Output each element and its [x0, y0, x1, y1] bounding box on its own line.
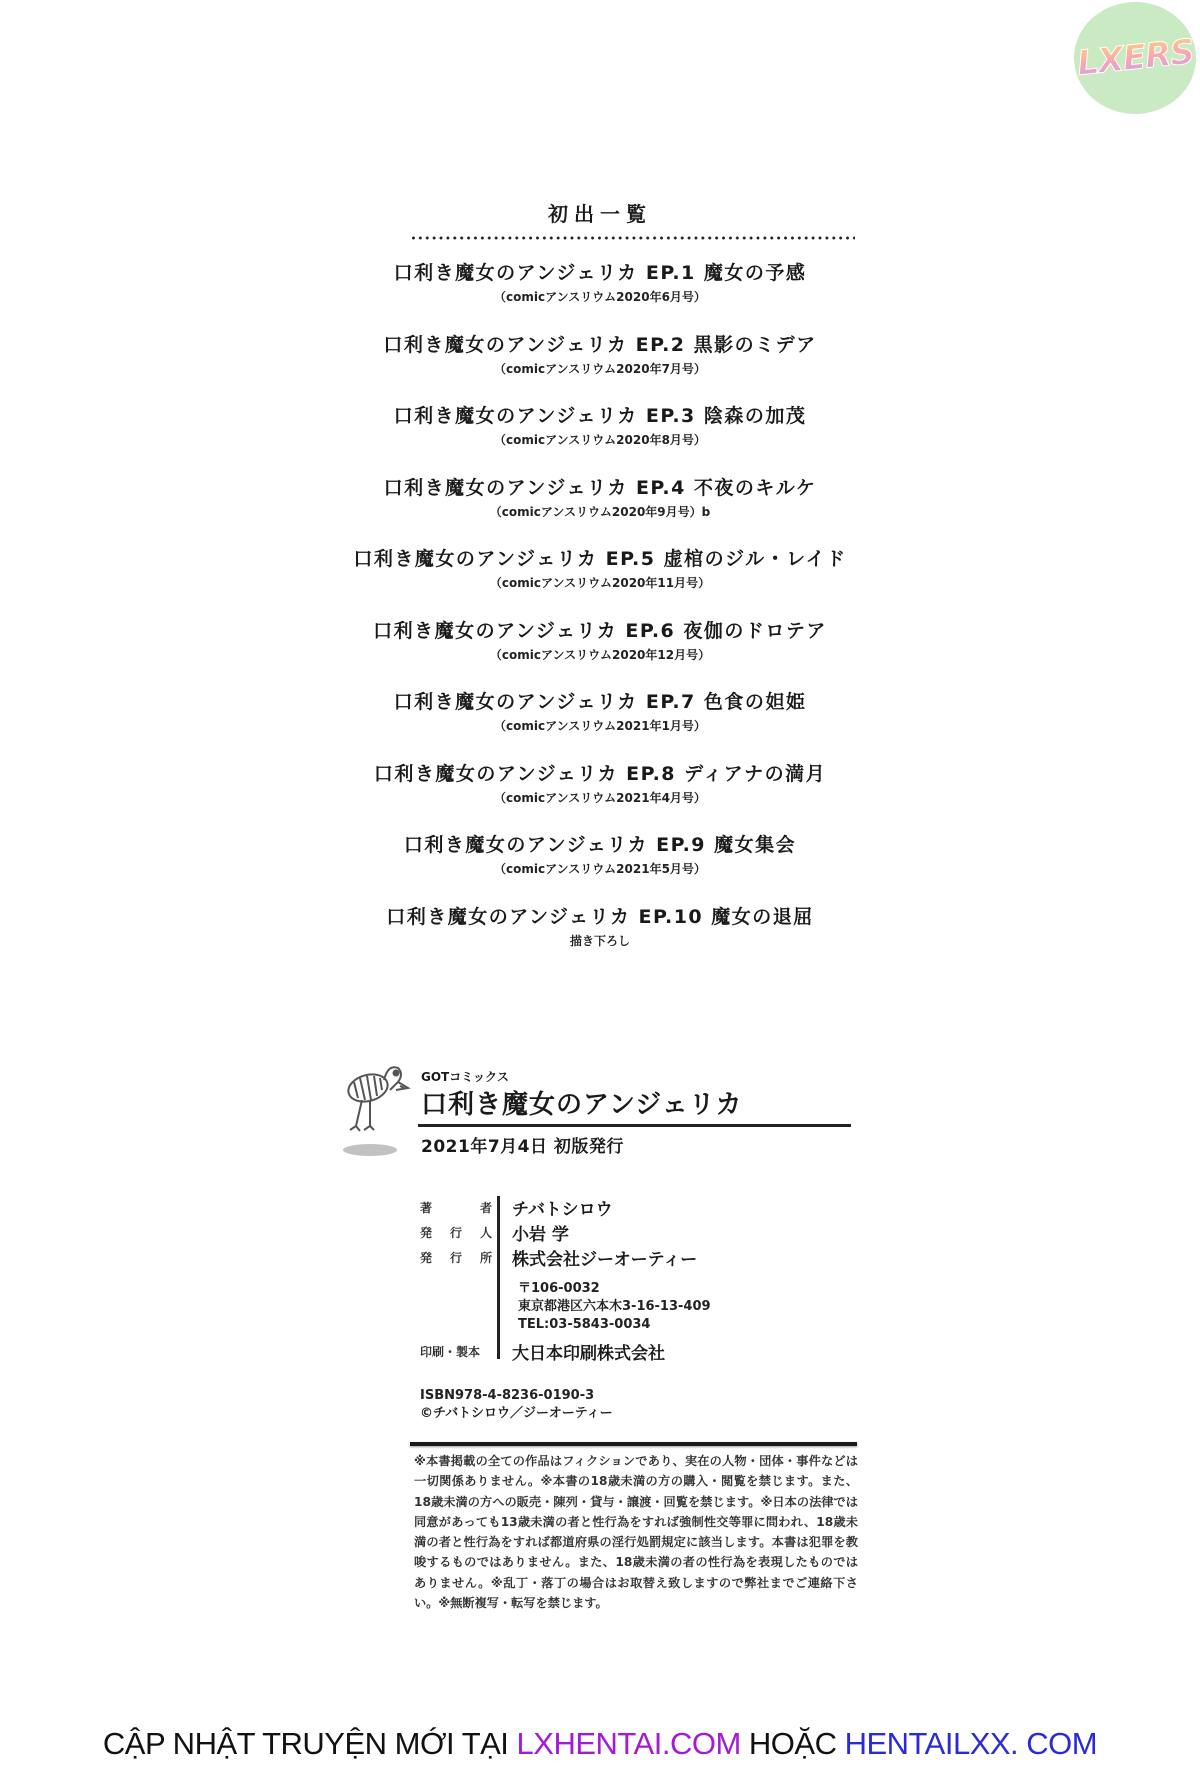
label-char: 著 — [420, 1199, 432, 1216]
episode-source: 描き下ろし — [0, 932, 1200, 950]
credit-author: 著 者 チバトシロウ — [420, 1193, 780, 1218]
toc-item: 口利き魔女のアンジェリカ EP.5 虚棺のジル・レイド （comicアンスリウム… — [0, 544, 1200, 616]
copyright: ©チバトシロウ／ジーオーティー — [420, 1405, 613, 1423]
promo-banner: CẬP NHẬT TRUYỆN MỚI TẠI LXHENTAI.COM HOẶ… — [0, 1726, 1200, 1762]
toc-item: 口利き魔女のアンジェリカ EP.7 色食の妲姫 （comicアンスリウム2021… — [0, 687, 1200, 759]
episode-source: （comicアンスリウム2021年5月号） — [0, 860, 1200, 878]
toc-item: 口利き魔女のアンジェリカ EP.6 夜伽のドロテア （comicアンスリウム20… — [0, 616, 1200, 688]
label-char: 人 — [480, 1224, 492, 1241]
credits: 著 者 チバトシロウ 発 行 人 小岩 学 発 行 所 株式会社ジーオーティー — [420, 1193, 780, 1268]
credit-label: 発 行 所 — [420, 1249, 492, 1266]
episode-source: （comicアンスリウム2020年8月号） — [0, 431, 1200, 449]
episode-source: （comicアンスリウム2020年9月号）b — [0, 503, 1200, 521]
episode-source: （comicアンスリウム2020年7月号） — [0, 360, 1200, 378]
credit-label: 発 行 人 — [420, 1224, 492, 1241]
toc-item: 口利き魔女のアンジェリカ EP.3 陰森の加茂 （comicアンスリウム2020… — [0, 401, 1200, 473]
toc-item: 口利き魔女のアンジェリカ EP.10 魔女の退屈 描き下ろし — [0, 902, 1200, 974]
credit-publisher-company: 発 行 所 株式会社ジーオーティー — [420, 1243, 780, 1268]
toc-list: 口利き魔女のアンジェリカ EP.1 魔女の予感 （comicアンスリウム2020… — [0, 258, 1200, 973]
label-char: 発 — [420, 1249, 432, 1266]
episode-source: （comicアンスリウム2021年4月号） — [0, 789, 1200, 807]
toc-item: 口利き魔女のアンジェリカ EP.8 ディアナの満月 （comicアンスリウム20… — [0, 759, 1200, 831]
lxers-logo: LXERS — [1074, 2, 1196, 114]
isbn: ISBN978-4-8236-0190-3 — [420, 1387, 613, 1405]
episode-title: 口利き魔女のアンジェリカ EP.6 夜伽のドロテア — [0, 616, 1200, 646]
toc-item: 口利き魔女のアンジェリカ EP.9 魔女集会 （comicアンスリウム2021年… — [0, 830, 1200, 902]
label-char: 行 — [450, 1249, 462, 1266]
episode-title: 口利き魔女のアンジェリカ EP.3 陰森の加茂 — [0, 401, 1200, 431]
label-char: 者 — [480, 1199, 492, 1216]
credit-printer: 印刷・製本 大日本印刷株式会社 — [420, 1337, 780, 1362]
postal-code: 〒106-0032 — [518, 1280, 711, 1298]
episode-title: 口利き魔女のアンジェリカ EP.2 黒影のミデア — [0, 330, 1200, 360]
logo-text: LXERS — [1075, 32, 1195, 84]
episode-source: （comicアンスリウム2021年1月号） — [0, 717, 1200, 735]
label-char: 発 — [420, 1224, 432, 1241]
notice-rule — [410, 1442, 857, 1446]
toc-item: 口利き魔女のアンジェリカ EP.2 黒影のミデア （comicアンスリウム202… — [0, 330, 1200, 402]
episode-source: （comicアンスリウム2020年12月号） — [0, 646, 1200, 664]
dotted-divider — [410, 236, 855, 240]
author-name: チバトシロウ — [512, 1195, 613, 1220]
credit-label: 著 者 — [420, 1199, 492, 1216]
bird-mascot-icon — [340, 1060, 420, 1160]
toc-item: 口利き魔女のアンジェリカ EP.4 不夜のキルケ （comicアンスリウム202… — [0, 473, 1200, 545]
street-address: 東京都港区六本木3-16-13-409 — [518, 1298, 711, 1316]
publisher-address: 〒106-0032 東京都港区六本木3-16-13-409 TEL:03-584… — [518, 1280, 711, 1334]
banner-text: HOẶC — [741, 1726, 845, 1761]
episode-title: 口利き魔女のアンジェリカ EP.8 ディアナの満月 — [0, 759, 1200, 789]
banner-link-hentailxx[interactable]: HENTAILXX. COM — [845, 1726, 1098, 1761]
banner-link-lxhentai[interactable]: LXHENTAI.COM — [517, 1726, 741, 1761]
credit-label: 印刷・製本 — [420, 1343, 480, 1360]
publisher-name: 小岩 学 — [512, 1220, 569, 1245]
publication-date: 2021年7月4日 初版発行 — [421, 1132, 624, 1157]
toc-title: 初出一覧 — [0, 198, 1200, 227]
publisher-company: 株式会社ジーオーティー — [512, 1245, 697, 1270]
episode-title: 口利き魔女のアンジェリカ EP.5 虚棺のジル・レイド — [0, 544, 1200, 574]
title-rule — [418, 1124, 851, 1127]
book-title: 口利き魔女のアンジェリカ — [421, 1084, 743, 1121]
episode-title: 口利き魔女のアンジェリカ EP.7 色食の妲姫 — [0, 687, 1200, 717]
credit-publisher-person: 発 行 人 小岩 学 — [420, 1218, 780, 1243]
label-char: 行 — [450, 1224, 462, 1241]
label-char: 所 — [480, 1249, 492, 1266]
legal-notice: ※本書掲載の全ての作品はフィクションであり、実在の人物・団体・事件などは一切関係… — [414, 1451, 858, 1613]
printer-name: 大日本印刷株式会社 — [512, 1339, 665, 1364]
episode-title: 口利き魔女のアンジェリカ EP.4 不夜のキルケ — [0, 473, 1200, 503]
toc-item: 口利き魔女のアンジェリカ EP.1 魔女の予感 （comicアンスリウム2020… — [0, 258, 1200, 330]
episode-source: （comicアンスリウム2020年6月号） — [0, 288, 1200, 306]
episode-title: 口利き魔女のアンジェリカ EP.10 魔女の退屈 — [0, 902, 1200, 932]
phone-number: TEL:03-5843-0034 — [518, 1316, 711, 1334]
isbn-block: ISBN978-4-8236-0190-3 ©チバトシロウ／ジーオーティー — [420, 1387, 613, 1423]
episode-title: 口利き魔女のアンジェリカ EP.1 魔女の予感 — [0, 258, 1200, 288]
episode-title: 口利き魔女のアンジェリカ EP.9 魔女集会 — [0, 830, 1200, 860]
episode-source: （comicアンスリウム2020年11月号） — [0, 574, 1200, 592]
imprint-label: GOTコミックス — [421, 1068, 509, 1085]
banner-text: CẬP NHẬT TRUYỆN MỚI TẠI — [103, 1726, 517, 1761]
